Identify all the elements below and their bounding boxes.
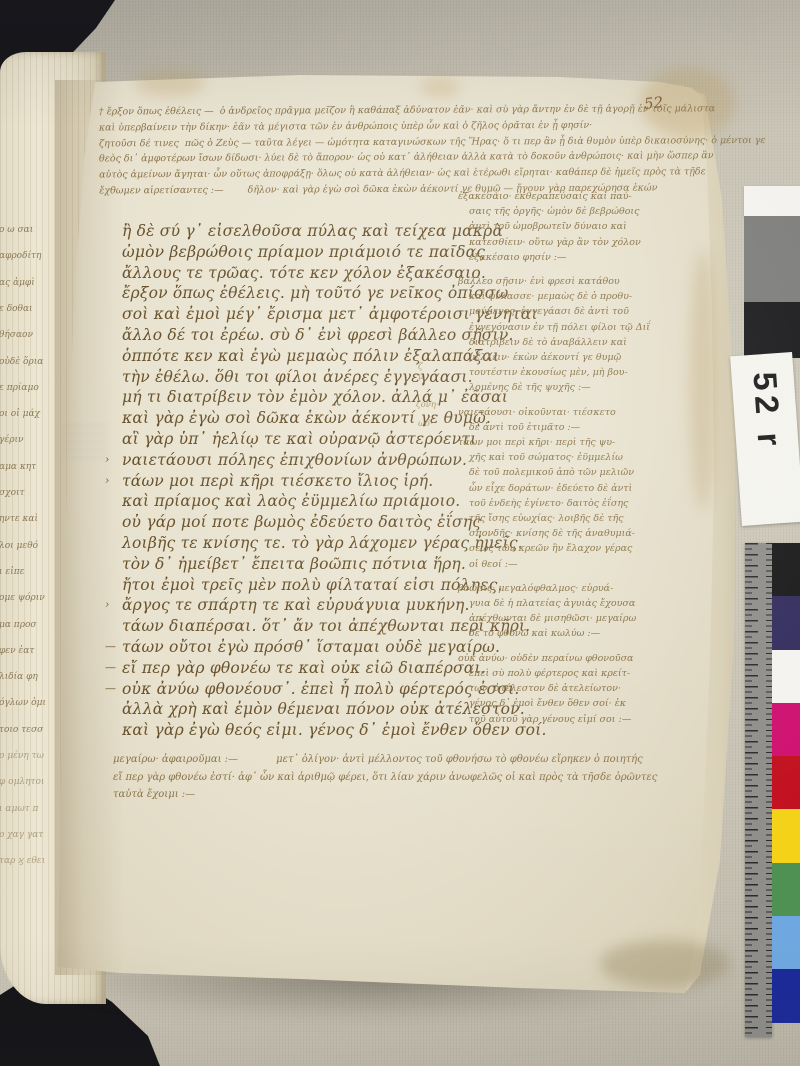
main-text-line: ἄλλο δέ τοι ἐρέω. σὺ δ᾽ ἐνὶ φρεσὶ βάλλεο… xyxy=(122,325,467,346)
verse-text: οὐ γάρ μοί ποτε βωμὸς ἐδεύετο δαιτὸς ἐΐσ… xyxy=(122,513,481,531)
main-text-line: αἳ γὰρ ὑπ᾽ ἠελίῳ τε καὶ οὐρανῷ ἀστερόεντ… xyxy=(122,429,467,450)
verse-text: τάων μοι περὶ κῆρι τιέσκετο ἴλιος ἱρή. xyxy=(122,472,433,490)
edge-fragment: φεν ἑατ xyxy=(0,646,47,656)
verse-text: αἳ γὰρ ὑπ᾽ ἠελίῳ τε καὶ οὐρανῷ ἀστερόεντ… xyxy=(122,430,476,448)
right-scholia-line: τάων μοι περὶ κῆρι· περὶ τῆς ψυ- xyxy=(458,435,656,450)
verse-text: εἴ περ γὰρ φθονέω τε καὶ οὐκ εἰῶ διαπέρσ… xyxy=(122,659,486,677)
right-scholia-line: καὶ φύλασσε· μεμαὼς δὲ ὁ προθυ- xyxy=(458,289,656,304)
right-scholia-line: κατεσθίειν· οὕτω γὰρ ἂν τὸν χόλον xyxy=(458,235,656,250)
right-scholia-line: ἐγγεγόνασιν ἐν τῇ πόλει φίλοι τῷ Διΐ xyxy=(458,320,656,335)
edge-fragment: γέριν xyxy=(0,435,47,445)
main-text-line: ἤτοι ἐμοὶ τρεῖς μὲν πολὺ φίλταταί εἰσι π… xyxy=(122,575,467,596)
main-text-line: —τάων οὔτοι ἐγὼ πρόσθ᾽ ἵσταμαι οὐδὲ μεγα… xyxy=(122,637,467,658)
edge-fragment: όγλων ὀμι xyxy=(0,698,47,708)
right-scholia-line: οἱ θεοί :— xyxy=(458,557,656,572)
edge-fragment: ρ χαγ γατ xyxy=(0,830,47,840)
bottom-scholia-line: εἴ περ γὰρ φθονέω ἐστί· ἀφ᾽ ὧν καὶ ἀριθμ… xyxy=(113,769,658,787)
edge-fragment: ας ἀμφὶ xyxy=(0,278,47,288)
folio-label-text: 52 r xyxy=(745,371,788,452)
verse-text: ἤτοι ἐμοὶ τρεῖς μὲν πολὺ φίλταταί εἰσι π… xyxy=(122,576,503,594)
right-scholia-line: σεως τῶν κρεῶν ἣν ἔλαχον γέρας xyxy=(458,541,656,556)
grey-card-black-segment xyxy=(744,302,800,358)
edge-fragment: τοιο τεσσ xyxy=(0,725,47,735)
grey-card-white-segment xyxy=(744,186,800,216)
edge-fragment: ταρ ϗ εθει xyxy=(0,856,47,866)
verse-text: ὠμὸν βεβρώθοις πρίαμον πριάμοιό τε παῖδα… xyxy=(122,243,485,261)
right-scholia-line: μέλλειν· ἑκὼν ἀέκοντί γε θυμῷ xyxy=(458,350,656,365)
right-scholia-line: τῆς ἴσης εὐωχίας· λοιβῆς δὲ τῆς xyxy=(458,511,656,526)
main-text-line: ὁππότε κεν καὶ ἐγὼ μεμαὼς πόλιν ἐξαλαπάξ… xyxy=(122,346,467,367)
right-scholia-line: τοῦ αὐτοῦ γὰρ γένους εἰμί σοι :— xyxy=(458,712,656,727)
color-patch-light-blue xyxy=(772,916,800,969)
main-text-line: ›τάων μοι περὶ κῆρι τιέσκετο ἴλιος ἱρή. xyxy=(122,471,467,492)
main-text-line: λοιβῆς τε κνίσης τε. τὸ γὰρ λάχομεν γέρα… xyxy=(122,533,467,554)
parchment-stain xyxy=(420,78,460,96)
color-calibration-bar xyxy=(772,543,800,1023)
right-scholia-line: ὧν εἶχε δοράτων· ἐδεύετο δὲ ἀντὶ xyxy=(458,481,656,496)
main-text-line: ὠμὸν βεβρώθοις πρίαμον πριάμοιό τε παῖδα… xyxy=(122,242,467,263)
right-scholia-line: ἀπέχθωνται δὲ μισηθῶσι· μεγαίρω xyxy=(458,611,656,626)
right-margin-scholia: ἐξακέσαιο· ἐκθεραπεύσαις καὶ παύ-σαις τῆ… xyxy=(458,189,656,727)
edge-fragment: οὐδὲ ὅρια xyxy=(0,357,47,367)
edge-fragment: ο ω σαι xyxy=(0,225,47,235)
edge-fragment: ι αμωτ π xyxy=(0,804,47,814)
main-text-line: ἀλλὰ χρὴ καὶ ἐμὸν θέμεναι πόνον οὐκ ἀτέλ… xyxy=(122,699,467,720)
color-patch-navy xyxy=(772,596,800,649)
right-scholia-line: ναιετάουσι· οἰκοῦνται· τιέσκετο xyxy=(458,405,656,420)
verse-text: μή τι διατρίβειν τὸν ἐμὸν χόλον. ἀλλά μ᾽… xyxy=(122,388,508,406)
faint-pencil-note xyxy=(62,424,108,458)
top-scholia-block: † ἔρξον ὅπως ἐθέλεις — ὁ ἀνδρεῖος πρᾶγμα… xyxy=(99,102,651,200)
reference-mark: ζονη· xyxy=(416,400,439,410)
edge-fragment: ο μένη τω xyxy=(0,751,47,761)
right-scholia-line: σπονδῆς· κνίσης δὲ τῆς ἀναθυμιά- xyxy=(458,526,656,541)
main-text-line: καὶ πρίαμος καὶ λαὸς ἐϋμμελίω πριάμοιο. xyxy=(122,491,467,512)
edge-fragment: σχοιτ xyxy=(0,488,47,498)
main-text-line: τὸν δ᾽ ἠμείβετ᾽ ἔπειτα βοῶπις πότνια ἥρη… xyxy=(122,554,467,575)
main-text-line: τάων διαπέρσαι. ὅτ᾽ ἄν τοι ἀπέχθωνται πε… xyxy=(122,616,467,637)
edge-fragment: ι εἰπε xyxy=(0,567,47,577)
right-scholia-line: οὐκ ἀνύω· οὐδὲν περαίνω φθονοῦσα xyxy=(458,651,656,666)
manuscript-photo: ο ω σαιαφροδίτηας ἀμφὶε δοθαιθήσαονοὐδὲ … xyxy=(0,0,800,1066)
bottom-scholia-line: μεγαίρω· ἀφαιροῦμαι :— μετ᾽ ὀλίγον· ἀντὶ… xyxy=(113,751,658,769)
main-text-line: ἄλλους τε τρῶας. τότε κεν χόλον ἐξακέσαι… xyxy=(122,263,467,284)
edge-fragment: ε δοθαι xyxy=(0,304,47,314)
right-scholia-line: βάλλεο σῇσιν· ἐνὶ φρεσὶ κατάθου xyxy=(458,274,656,289)
right-scholia-line: λομένης δὲ τῆς ψυχῆς :— xyxy=(458,380,656,395)
color-patch-white xyxy=(772,650,800,703)
main-text-line: καὶ γὰρ ἐγὼ θεός εἰμι. γένος δ᾽ ἐμοὶ ἔνθ… xyxy=(122,720,467,741)
right-scholia-line: βοῶπις· μεγαλόφθαλμος· εὐρυά- xyxy=(458,581,656,596)
right-scholia-line: τοῦ ἐνδεὴς ἐγίνετο· δαιτὸς ἐΐσης xyxy=(458,496,656,511)
margin-mark: — xyxy=(105,637,116,658)
edge-fragment: αφροδίτη xyxy=(0,251,47,261)
grey-card-grey-segment xyxy=(744,216,800,302)
margin-mark: › xyxy=(105,471,110,492)
main-text-line: ›ἄργος τε σπάρτη τε καὶ εὐρυάγυια μυκήνη… xyxy=(122,595,467,616)
right-scholia-line: τουτέστιν ἑκουσίως μὲν, μὴ βου- xyxy=(458,365,656,380)
right-scholia-line: ἐξακέσαιο· ἐκθεραπεύσαις καὶ παύ- xyxy=(458,189,656,204)
edge-fragment: θήσαον xyxy=(0,330,47,340)
edge-fragment: φ ομλητοι xyxy=(0,777,47,787)
facing-page-text-fragments: ο ω σαιαφροδίτηας ἀμφὶε δοθαιθήσαονοὐδὲ … xyxy=(0,0,50,1066)
main-text-line: ἔρξον ὅπως ἐθέλεις. μὴ τοῦτό γε νεῖκος ὀ… xyxy=(122,283,467,304)
main-text-line: ἢ δὲ σύ γ᾽ εἰσελθοῦσα πύλας καὶ τείχεα μ… xyxy=(122,221,467,242)
right-scholia-line: των· ἀτέλεστον δὲ ἀτελείωτον· xyxy=(458,681,656,696)
verse-text: ἄλλους τε τρῶας. τότε κεν χόλον ἐξακέσαι… xyxy=(122,264,486,282)
folio-label-slip: 52 r xyxy=(730,352,800,526)
right-scholia-line: ἐπεὶ σὺ πολὺ φέρτερος καὶ κρείτ- xyxy=(458,666,656,681)
color-patch-dark-blue xyxy=(772,969,800,1022)
verse-text: ἔρξον ὅπως ἐθέλεις. μὴ τοῦτό γε νεῖκος ὀ… xyxy=(122,284,508,302)
color-patch-black xyxy=(772,543,800,596)
parchment-stain xyxy=(600,940,730,988)
reference-mark: ωδ· xyxy=(418,419,433,429)
parchment-stain xyxy=(135,70,205,96)
main-text-line: καὶ γὰρ ἐγὼ σοὶ δῶκα ἑκὼν ἀέκοντί γε θυμ… xyxy=(122,408,467,429)
main-text-line: σοὶ καὶ ἐμοὶ μέγ᾽ ἔρισμα μετ᾽ ἀμφοτέροισ… xyxy=(122,304,467,325)
margin-mark: — xyxy=(105,658,116,679)
bottom-scholia-block: μεγαίρω· ἀφαιροῦμαι :— μετ᾽ ὀλίγον· ἀντὶ… xyxy=(113,751,658,804)
verse-text: ὁππότε κεν καὶ ἐγὼ μεμαὼς πόλιν ἐξαλαπάξ… xyxy=(122,347,499,365)
main-text-block: ἢ δὲ σύ γ᾽ εἰσελθοῦσα πύλας καὶ τείχεα μ… xyxy=(122,221,467,741)
reference-mark: ζ μ xyxy=(418,362,424,382)
main-text-line: —εἴ περ γὰρ φθονέω τε καὶ οὐκ εἰῶ διαπέρ… xyxy=(122,658,467,679)
verse-text: ναιετάουσι πόληες ἐπιχθονίων ἀνθρώπων. xyxy=(122,451,467,469)
verse-text: ἄλλο δέ τοι ἐρέω. σὺ δ᾽ ἐνὶ φρεσὶ βάλλεο… xyxy=(122,326,514,344)
right-scholia-line: γυια δὲ ἡ πλατείας ἀγυιὰς ἔχουσα xyxy=(458,596,656,611)
edge-fragment: ομε ψόριν xyxy=(0,593,47,603)
bottom-scholia-line: ταὐτὰ ἔχοιμι :— xyxy=(113,786,658,804)
right-scholia-line: σαις τῆς ὀργῆς· ὠμὸν δὲ βεβρώθοις xyxy=(458,204,656,219)
margin-mark: — xyxy=(105,679,116,700)
gutter-shading xyxy=(55,80,125,975)
right-scholia-line: δὲ τὸ φθονῶ καὶ κωλύω :— xyxy=(458,626,656,641)
right-scholia-line: ἀντὶ τοῦ ὠμοβρωτεῖν δύναιο καὶ xyxy=(458,219,656,234)
right-scholia-line: ἐξακέσαιο φησίν :— xyxy=(458,250,656,265)
parchment-stain xyxy=(690,250,716,510)
right-scholia-line: δὲ τοῦ πολεμικοῦ ἀπὸ τῶν μελιῶν xyxy=(458,465,656,480)
verse-text: ἢ δὲ σύ γ᾽ εἰσελθοῦσα πύλας καὶ τείχεα μ… xyxy=(122,222,503,240)
main-text-line: τὴν ἐθέλω. ὅθι τοι φίλοι ἀνέρες ἐγγεγάασ… xyxy=(122,367,467,388)
edge-fragment: ηντε καὶ xyxy=(0,514,47,524)
edge-fragment: ε πρίαμο xyxy=(0,383,47,393)
right-scholia-line: γένος δ᾽ ἐμοὶ ἔνθεν ὅθεν σοί· ἐκ xyxy=(458,696,656,711)
verse-text: καὶ πρίαμος καὶ λαὸς ἐϋμμελίω πριάμοιο. xyxy=(122,492,460,510)
right-scholia-line: χῆς καὶ τοῦ σώματος· ἐϋμμελίω xyxy=(458,450,656,465)
right-scholia-line: μούμενος· ἐγγεγάασι δὲ ἀντὶ τοῦ xyxy=(458,304,656,319)
right-scholia-line: δὲ ἀντὶ τοῦ ἐτιμᾶτο :— xyxy=(458,420,656,435)
verse-text: ἄργος τε σπάρτη τε καὶ εὐρυάγυια μυκήνη. xyxy=(122,596,470,614)
main-text-line: ›ναιετάουσι πόληες ἐπιχθονίων ἀνθρώπων. xyxy=(122,450,467,471)
right-scholia-line: διατρίβειν δὲ τὸ ἀναβάλλειν καὶ xyxy=(458,335,656,350)
color-patch-green xyxy=(772,863,800,916)
margin-mark: › xyxy=(105,595,110,616)
color-patch-yellow xyxy=(772,809,800,862)
edge-fragment: λοι μεθό xyxy=(0,541,47,551)
edge-fragment: μα προσ xyxy=(0,620,47,630)
main-text-line: —οὐκ ἀνύω φθονέουσ᾽. ἐπεὶ ἦ πολὺ φέρτερό… xyxy=(122,679,467,700)
ruler xyxy=(745,543,772,1037)
color-patch-red xyxy=(772,756,800,809)
edge-fragment: οι οἱ μάχ xyxy=(0,409,47,419)
verse-text: καὶ γὰρ ἐγὼ σοὶ δῶκα ἑκὼν ἀέκοντί γε θυμ… xyxy=(122,409,491,427)
edge-fragment: αμα κητ xyxy=(0,462,47,472)
color-patch-magenta xyxy=(772,703,800,756)
verse-text: τάων οὔτοι ἐγὼ πρόσθ᾽ ἵσταμαι οὐδὲ μεγαί… xyxy=(122,638,500,656)
main-text-line: οὐ γάρ μοί ποτε βωμὸς ἐδεύετο δαιτὸς ἐΐσ… xyxy=(122,512,467,533)
verse-text: τὸν δ᾽ ἠμείβετ᾽ ἔπειτα βοῶπις πότνια ἥρη… xyxy=(122,555,466,573)
edge-fragment: λιδία φη xyxy=(0,672,47,682)
